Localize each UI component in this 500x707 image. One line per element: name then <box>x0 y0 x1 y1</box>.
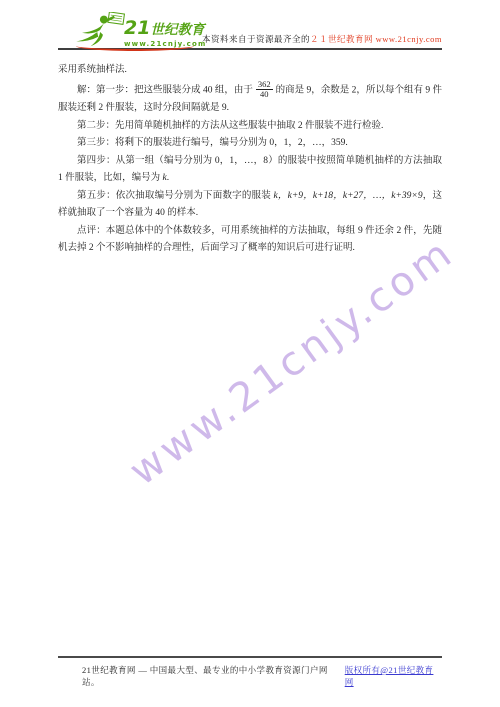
header-tagline: 本资料来自于资源最齐全的２１世纪教育网 www.21cnjy.com <box>202 33 442 45</box>
math-variable-sequence: k，k+9，k+18，k+27，…，k+39×9 <box>274 191 423 201</box>
logo-title-number: 21 <box>124 17 150 39</box>
step5-text-before: 第五步：依次抽取编号分别为下面数字的服装 <box>77 191 274 201</box>
paragraph-step4: 第四步：从第一组（编号分别为 0，1，…，8）的服装中按照简单随机抽样的方法抽取… <box>58 153 442 188</box>
paragraph-step1: 解：第一步：把这些服装分成 40 组，由于36240的商是 9，余数是 2，所以… <box>58 80 442 118</box>
document-body: 采用系统抽样法. 解：第一步：把这些服装分成 40 组，由于36240的商是 9… <box>58 62 442 258</box>
logo-title: 21世纪教育 <box>124 19 207 38</box>
fraction-denominator: 40 <box>256 90 273 100</box>
paragraph-intro: 采用系统抽样法. <box>58 62 442 80</box>
page-footer: 21世纪教育网 — 中国最大型、最专业的中小学教育资源门户网站。 版权所有@21… <box>58 656 442 688</box>
step1-text-before: 解：第一步：把这些服装分成 40 组，由于 <box>77 85 253 95</box>
tagline-url-link[interactable]: www.21cnjy.com <box>373 34 442 44</box>
tagline-brand: ２１世纪教育网 <box>310 34 373 44</box>
fraction: 36240 <box>256 80 273 101</box>
page-header: 21世纪教育 www.21cnjy.com 本资料来自于资源最齐全的２１世纪教育… <box>58 12 442 50</box>
paragraph-comment: 点评：本题总体中的个体数较多，可用系统抽样的方法抽取，每组 9 件还余 2 件，… <box>58 223 442 258</box>
logo-title-cjk: 世纪教育 <box>150 22 204 38</box>
step4-text: 第四步：从第一组（编号分别为 0，1，…，8）的服装中按照简单随机抽样的方法抽取… <box>58 156 442 184</box>
paragraph-step2: 第二步：先用简单随机抽样的方法从这些服装中抽取 2 件服装不进行检验. <box>58 118 442 136</box>
tagline-prefix: 本资料来自于资源最齐全的 <box>202 34 310 44</box>
footer-site-description: 21世纪教育网 — 中国最大型、最专业的中小学教育资源门户网站。 <box>58 664 345 688</box>
watermark-text: www.21cnjy.com <box>121 229 462 495</box>
site-logo: 21世纪教育 www.21cnjy.com <box>74 12 207 50</box>
step4-period: . <box>167 173 169 183</box>
paragraph-step5: 第五步：依次抽取编号分别为下面数字的服装 k，k+9，k+18，k+27，…，k… <box>58 188 442 223</box>
paragraph-step3: 第三步：将剩下的服装进行编号，编号分别为 0，1，2，…，359. <box>58 135 442 153</box>
copyright-link[interactable]: 版权所有@21世纪教育网 <box>345 664 442 688</box>
document-page: www.21cnjy.com 21世纪教 <box>0 0 500 707</box>
